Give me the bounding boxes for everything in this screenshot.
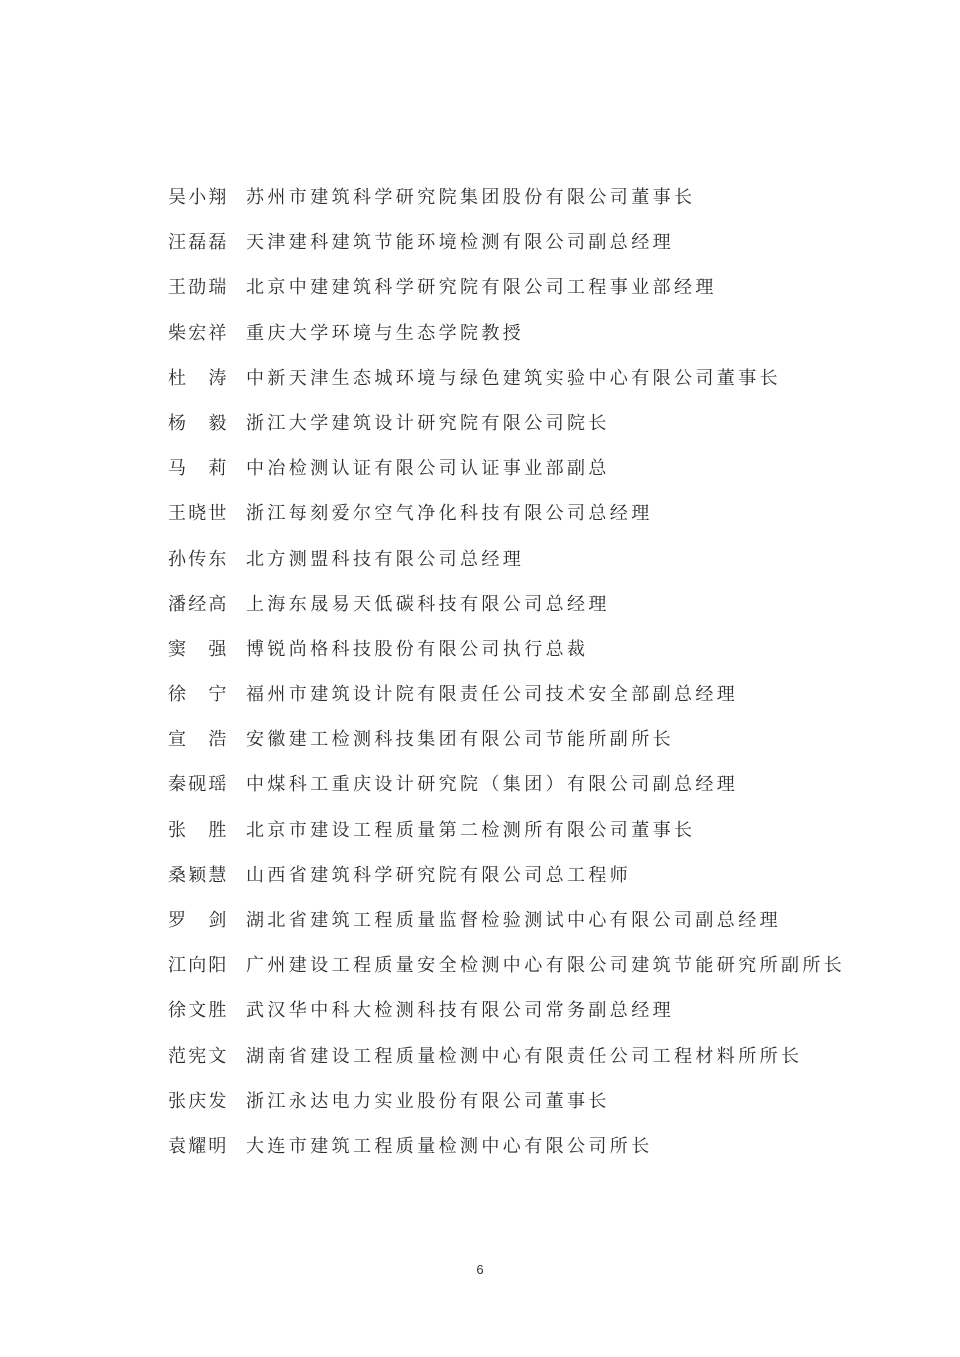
member-name: 张 胜 bbox=[168, 820, 246, 842]
member-name: 柴宏祥 bbox=[168, 323, 246, 345]
member-name: 范宪文 bbox=[168, 1046, 246, 1068]
member-name: 杨 毅 bbox=[168, 413, 246, 435]
member-row: 徐文胜武汉华中科大检测科技有限公司常务副总经理 bbox=[168, 1000, 845, 1045]
member-organization: 浙江永达电力实业股份有限公司董事长 bbox=[246, 1091, 610, 1113]
member-name: 罗 剑 bbox=[168, 910, 246, 932]
member-organization: 浙江大学建筑设计研究院有限公司院长 bbox=[246, 413, 610, 435]
member-name: 宣 浩 bbox=[168, 729, 246, 751]
member-name: 徐 宁 bbox=[168, 684, 246, 706]
document-page: 吴小翔苏州市建筑科学研究院集团股份有限公司董事长 汪磊磊天津建科建筑节能环境检测… bbox=[0, 0, 960, 1357]
member-organization: 北京中建建筑科学研究院有限公司工程事业部经理 bbox=[246, 277, 717, 299]
member-name: 吴小翔 bbox=[168, 187, 246, 209]
member-row: 王劭瑞北京中建建筑科学研究院有限公司工程事业部经理 bbox=[168, 277, 845, 322]
member-name: 徐文胜 bbox=[168, 1000, 246, 1022]
member-name: 秦砚瑶 bbox=[168, 774, 246, 796]
member-organization: 博锐尚格科技股份有限公司执行总裁 bbox=[246, 639, 588, 661]
member-organization: 浙江每刻爱尔空气净化科技有限公司总经理 bbox=[246, 503, 653, 525]
member-row: 杜 涛中新天津生态城环境与绿色建筑实验中心有限公司董事长 bbox=[168, 368, 845, 413]
member-name: 桑颖慧 bbox=[168, 865, 246, 887]
member-row: 徐 宁福州市建筑设计院有限责任公司技术安全部副总经理 bbox=[168, 684, 845, 729]
member-organization: 中冶检测认证有限公司认证事业部副总 bbox=[246, 458, 610, 480]
member-row: 张庆发浙江永达电力实业股份有限公司董事长 bbox=[168, 1091, 845, 1136]
member-row: 潘经高上海东晟易天低碳科技有限公司总经理 bbox=[168, 594, 845, 639]
member-row: 范宪文湖南省建设工程质量检测中心有限责任公司工程材料所所长 bbox=[168, 1046, 845, 1091]
member-organization: 大连市建筑工程质量检测中心有限公司所长 bbox=[246, 1136, 653, 1158]
page-number: 6 bbox=[0, 1262, 960, 1277]
member-row: 宣 浩安徽建工检测科技集团有限公司节能所副所长 bbox=[168, 729, 845, 774]
member-list: 吴小翔苏州市建筑科学研究院集团股份有限公司董事长 汪磊磊天津建科建筑节能环境检测… bbox=[168, 187, 845, 1181]
member-organization: 上海东晟易天低碳科技有限公司总经理 bbox=[246, 594, 610, 616]
member-row: 汪磊磊天津建科建筑节能环境检测有限公司副总经理 bbox=[168, 232, 845, 277]
member-organization: 山西省建筑科学研究院有限公司总工程师 bbox=[246, 865, 631, 887]
member-name: 潘经高 bbox=[168, 594, 246, 616]
member-row: 江向阳广州建设工程质量安全检测中心有限公司建筑节能研究所副所长 bbox=[168, 955, 845, 1000]
member-organization: 中煤科工重庆设计研究院（集团）有限公司副总经理 bbox=[246, 774, 738, 796]
member-name: 王晓世 bbox=[168, 503, 246, 525]
member-row: 吴小翔苏州市建筑科学研究院集团股份有限公司董事长 bbox=[168, 187, 845, 232]
member-row: 王晓世浙江每刻爱尔空气净化科技有限公司总经理 bbox=[168, 503, 845, 548]
member-row: 杨 毅浙江大学建筑设计研究院有限公司院长 bbox=[168, 413, 845, 458]
member-organization: 安徽建工检测科技集团有限公司节能所副所长 bbox=[246, 729, 674, 751]
member-organization: 武汉华中科大检测科技有限公司常务副总经理 bbox=[246, 1000, 674, 1022]
member-row: 秦砚瑶中煤科工重庆设计研究院（集团）有限公司副总经理 bbox=[168, 774, 845, 819]
member-name: 江向阳 bbox=[168, 955, 246, 977]
member-organization: 湖南省建设工程质量检测中心有限责任公司工程材料所所长 bbox=[246, 1046, 802, 1068]
member-row: 罗 剑湖北省建筑工程质量监督检验测试中心有限公司副总经理 bbox=[168, 910, 845, 955]
member-organization: 北方测盟科技有限公司总经理 bbox=[246, 549, 524, 571]
member-name: 窦 强 bbox=[168, 639, 246, 661]
member-name: 袁耀明 bbox=[168, 1136, 246, 1158]
member-organization: 湖北省建筑工程质量监督检验测试中心有限公司副总经理 bbox=[246, 910, 781, 932]
member-name: 孙传东 bbox=[168, 549, 246, 571]
member-row: 桑颖慧山西省建筑科学研究院有限公司总工程师 bbox=[168, 865, 845, 910]
member-name: 王劭瑞 bbox=[168, 277, 246, 299]
member-name: 杜 涛 bbox=[168, 368, 246, 390]
member-row: 孙传东北方测盟科技有限公司总经理 bbox=[168, 549, 845, 594]
member-row: 柴宏祥重庆大学环境与生态学院教授 bbox=[168, 323, 845, 368]
member-row: 张 胜北京市建设工程质量第二检测所有限公司董事长 bbox=[168, 820, 845, 865]
member-organization: 天津建科建筑节能环境检测有限公司副总经理 bbox=[246, 232, 674, 254]
member-organization: 福州市建筑设计院有限责任公司技术安全部副总经理 bbox=[246, 684, 738, 706]
member-row: 马 莉中冶检测认证有限公司认证事业部副总 bbox=[168, 458, 845, 503]
member-organization: 北京市建设工程质量第二检测所有限公司董事长 bbox=[246, 820, 695, 842]
member-organization: 广州建设工程质量安全检测中心有限公司建筑节能研究所副所长 bbox=[246, 955, 845, 977]
member-row: 袁耀明大连市建筑工程质量检测中心有限公司所长 bbox=[168, 1136, 845, 1181]
member-name: 汪磊磊 bbox=[168, 232, 246, 254]
member-row: 窦 强博锐尚格科技股份有限公司执行总裁 bbox=[168, 639, 845, 684]
member-organization: 中新天津生态城环境与绿色建筑实验中心有限公司董事长 bbox=[246, 368, 781, 390]
member-name: 马 莉 bbox=[168, 458, 246, 480]
member-organization: 苏州市建筑科学研究院集团股份有限公司董事长 bbox=[246, 187, 695, 209]
member-organization: 重庆大学环境与生态学院教授 bbox=[246, 323, 524, 345]
member-name: 张庆发 bbox=[168, 1091, 246, 1113]
